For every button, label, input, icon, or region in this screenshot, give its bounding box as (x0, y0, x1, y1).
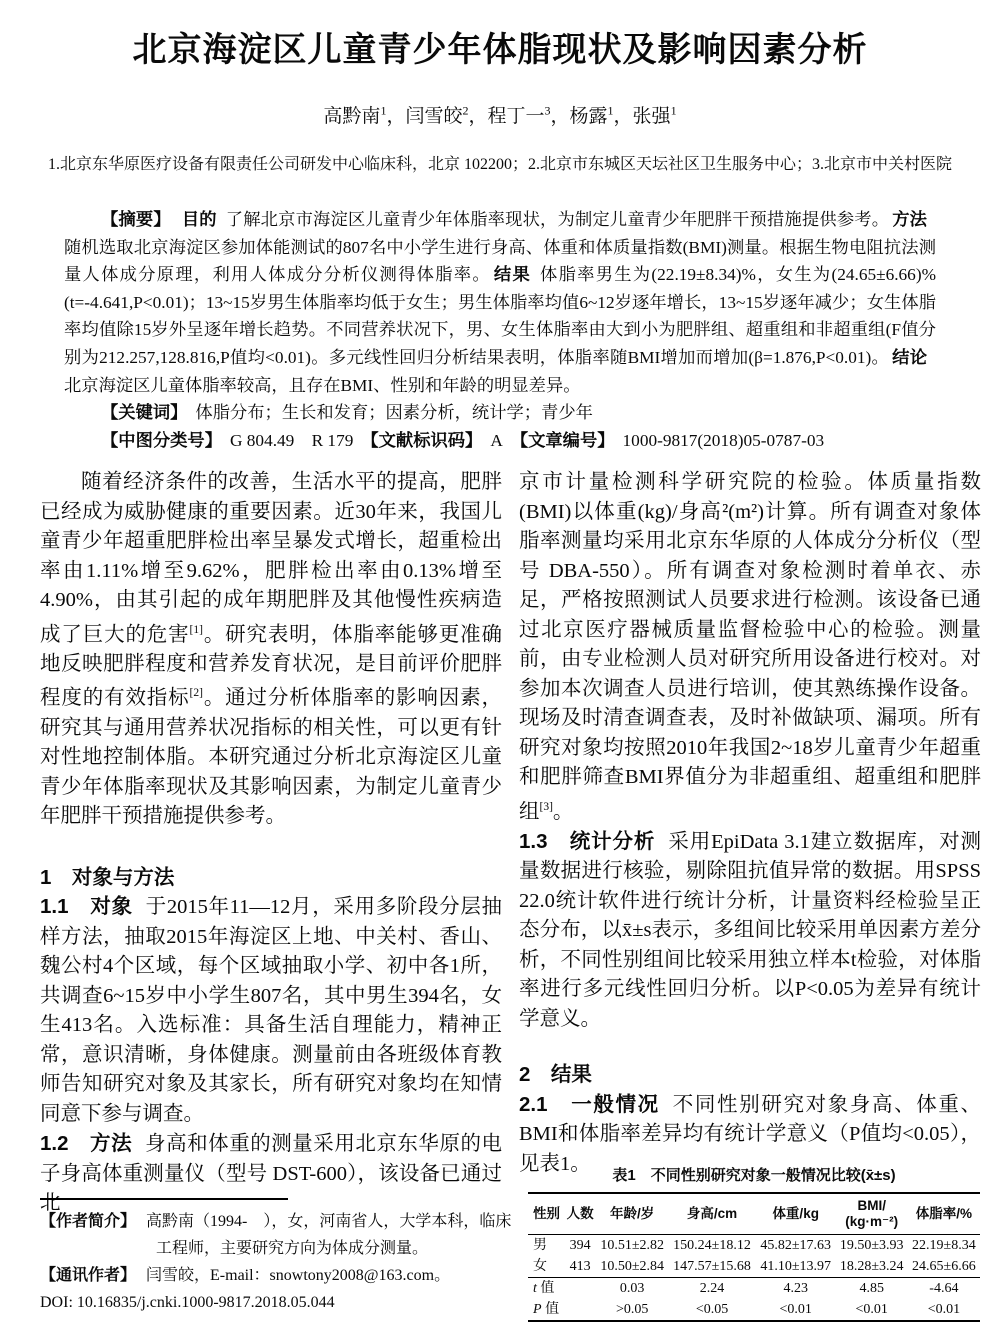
abstract-objective-label: 目的 (182, 209, 217, 229)
article-id-value: 1000-9817(2018)05-0787-03 (623, 431, 825, 450)
author-bio-line: 【作者简介】高黔南（1994- ），女，河南省人，大学本科，临床工程师，主要研究… (40, 1208, 518, 1262)
author-bio-label: 【作者简介】 (40, 1213, 136, 1230)
doc-code-label: 【文献标识码】 (361, 430, 482, 450)
section-1-2-label: 1.2 方法 (40, 1132, 132, 1155)
author-separator: ， (551, 106, 570, 127)
left-column: 随着经济条件的改善，生活水平的提高，肥胖已经成为威胁健康的重要因素。近30年来，… (40, 468, 502, 1219)
section-1-3-paragraph: 1.3 统计分析采用EpiData 3.1建立数据库，对测量数据进行核验，剔除阻… (519, 827, 981, 1035)
paper-page: 北京海淀区儿童青少年体脂现状及影响因素分析 高黔南1，闫雪皎2，程丁一3，杨露1… (0, 0, 1000, 1343)
intro-text: 随着经济条件的改善，生活水平的提高，肥胖已经成为威胁健康的重要因素。近30年来，… (40, 471, 502, 645)
reference-2-marker: [2] (190, 687, 203, 699)
table-row-t-value: t 值 0.03 2.24 4.23 4.85 -4.64 (528, 1278, 980, 1300)
corresponding-author-label: 【通讯作者】 (40, 1267, 136, 1284)
author-bio-text: 高黔南（1994- ），女，河南省人，大学本科，临床工程师，主要研究方向为体成分… (146, 1213, 511, 1257)
author-name: 程丁一 (487, 106, 544, 127)
reference-1-marker: [1] (190, 624, 203, 636)
table-1-grid: 性别 人数 年龄/岁 身高/cm 体重/kg BMI/(kg·m⁻²) 体脂率/… (528, 1192, 980, 1322)
col-header-age: 年龄/岁 (596, 1193, 668, 1235)
abstract-label: 【摘要】 (101, 209, 171, 229)
author-name: 高黔南 (323, 106, 380, 127)
section-2-1-label: 2.1 一般情况 (519, 1093, 660, 1116)
table-row-p-value: P 值 >0.05 <0.05 <0.01 <0.01 <0.01 (528, 1299, 980, 1321)
table-row-female: 女 413 10.50±2.84 147.57±15.68 41.10±13.9… (528, 1256, 980, 1278)
author-name: 杨露 (570, 106, 608, 127)
col-header-bodyfat: 体脂率/% (908, 1193, 980, 1235)
footnote-separator (40, 1198, 288, 1200)
paper-title: 北京海淀区儿童青少年体脂现状及影响因素分析 (0, 22, 1000, 71)
col-header-sex: 性别 (528, 1193, 564, 1235)
section-1-1-text: 于2015年11—12月，采用多阶段分层抽样方法，抽取2015年海淀区上地、中关… (40, 896, 502, 1125)
section-1-1-paragraph: 1.1 对象于2015年11—12月，采用多阶段分层抽样方法，抽取2015年海淀… (40, 892, 502, 1129)
author: 闫雪皎2， (405, 106, 487, 127)
abstract-paragraph: 【摘要】目的了解北京市海淀区儿童青少年体脂率现状，为制定儿童青少年肥胖干预措施提… (64, 206, 936, 399)
table-row-male: 男 394 10.51±2.82 150.24±18.12 45.82±17.6… (528, 1235, 980, 1257)
col-header-bmi: BMI/(kg·m⁻²) (836, 1193, 908, 1235)
section-1-2-text-right-end: 。 (553, 800, 574, 822)
section-1-3-text: 采用EpiData 3.1建立数据库，对测量数据进行核验，剔除阻抗值异常的数据。… (519, 831, 981, 1030)
section-2-heading: 2 结果 (519, 1060, 981, 1090)
author: 张强1 (633, 106, 677, 127)
classification-line: 【中图分类号】G 804.49 R 179【文献标识码】A【文章编号】1000-… (64, 427, 936, 455)
corresponding-author-text: 闫雪皎，E-mail：snowtony2008@163.com。 (146, 1267, 450, 1284)
abstract-block: 【摘要】目的了解北京市海淀区儿童青少年体脂率现状，为制定儿童青少年肥胖干预措施提… (64, 206, 936, 454)
col-header-height: 身高/cm (668, 1193, 756, 1235)
table-header-row: 性别 人数 年龄/岁 身高/cm 体重/kg BMI/(kg·m⁻²) 体脂率/… (528, 1193, 980, 1235)
abstract-result-label: 结果 (494, 264, 531, 284)
section-1-2-paragraph-right: 京市计量检测科学研究院的检验。体质量指数(BMI)以体重(kg)/身高²(m²)… (519, 468, 981, 827)
author-name: 闫雪皎 (405, 106, 462, 127)
section-1-2-text-right: 京市计量检测科学研究院的检验。体质量指数(BMI)以体重(kg)/身高²(m²)… (519, 471, 981, 822)
author-affiliation-sup: 1 (671, 104, 677, 118)
author-line: 高黔南1，闫雪皎2，程丁一3，杨露1，张强1 (0, 101, 1000, 128)
col-header-count: 人数 (564, 1193, 596, 1235)
intro-paragraph: 随着经济条件的改善，生活水平的提高，肥胖已经成为威胁健康的重要因素。近30年来，… (40, 468, 502, 832)
author-separator: ， (468, 106, 487, 127)
table-1-title: 表1 不同性别研究对象一般情况比较(x̄±s) (528, 1164, 980, 1185)
abstract-objective-text: 了解北京市海淀区儿童青少年体脂率现状，为制定儿童青少年肥胖干预措施提供参考。 (226, 210, 889, 229)
author-separator: ， (386, 106, 405, 127)
abstract-conclusion-label: 结论 (892, 347, 927, 367)
keywords-label: 【关键词】 (101, 402, 187, 422)
section-1-1-label: 1.1 对象 (40, 895, 133, 918)
author-separator: ， (614, 106, 633, 127)
doc-code-value: A (490, 431, 502, 450)
abstract-conclusion-text: 北京海淀区儿童体脂率较高，且存在BMI、性别和年龄的明显差异。 (64, 376, 581, 395)
clc-label: 【中图分类号】 (101, 430, 222, 450)
right-column: 京市计量检测科学研究院的检验。体质量指数(BMI)以体重(kg)/身高²(m²)… (519, 468, 981, 1179)
author: 程丁一3， (487, 106, 569, 127)
col-header-weight: 体重/kg (756, 1193, 836, 1235)
author: 杨露1， (570, 106, 633, 127)
author-name: 张强 (633, 106, 671, 127)
section-1-heading: 1 对象与方法 (40, 863, 502, 893)
table-1: 表1 不同性别研究对象一般情况比较(x̄±s) 性别 人数 年龄/岁 身高/cm… (528, 1164, 980, 1322)
reference-3-marker: [3] (540, 801, 553, 813)
keywords-line: 【关键词】体脂分布；生长和发育；因素分析，统计学；青少年 (64, 399, 936, 427)
doi-line: DOI: 10.16835/j.cnki.1000-9817.2018.05.0… (40, 1289, 518, 1316)
abstract-method-label: 方法 (892, 209, 927, 229)
affiliation-line: 1.北京东华原医疗设备有限责任公司研发中心临床科，北京 102200；2.北京市… (0, 151, 1000, 174)
clc-value: G 804.49 R 179 (230, 431, 353, 450)
corresponding-author-line: 【通讯作者】闫雪皎，E-mail：snowtony2008@163.com。 (40, 1262, 518, 1289)
article-id-label: 【文章编号】 (511, 430, 615, 450)
author: 高黔南1， (323, 106, 405, 127)
section-1-3-label: 1.3 统计分析 (519, 830, 655, 853)
footnote-block: 【作者简介】高黔南（1994- ），女，河南省人，大学本科，临床工程师，主要研究… (40, 1198, 518, 1316)
keywords-text: 体脂分布；生长和发育；因素分析，统计学；青少年 (195, 403, 592, 422)
